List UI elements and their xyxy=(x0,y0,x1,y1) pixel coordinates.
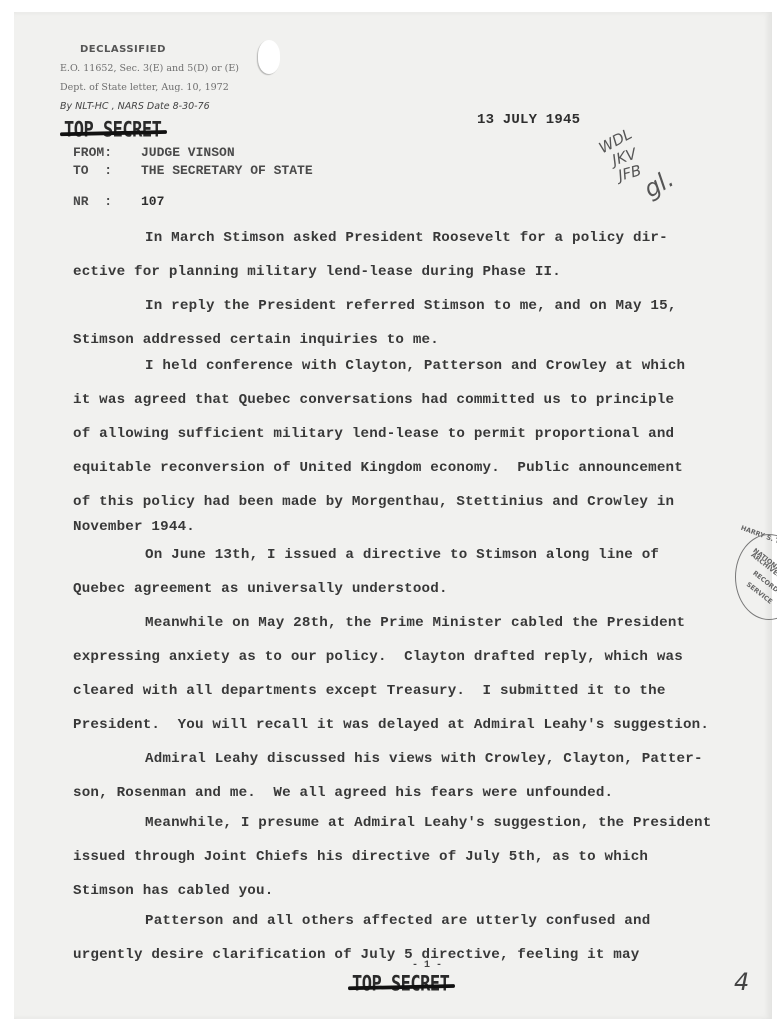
declassification-by-line: By NLT-HC , NARS Date 8-30-76 xyxy=(60,97,239,116)
nr-label: NR : xyxy=(73,194,112,209)
body-line: I held conference with Clayton, Patterso… xyxy=(145,358,685,374)
body-line: Meanwhile, I presume at Admiral Leahy's … xyxy=(145,815,711,831)
body-line: of this policy had been made by Morgenth… xyxy=(73,494,674,510)
body-line: urgently desire clarification of July 5 … xyxy=(73,947,639,963)
body-line: it was agreed that Quebec conversations … xyxy=(73,392,674,408)
initial-signature: gl. xyxy=(639,164,679,203)
handwritten-page-number: 4 xyxy=(734,968,749,996)
body-line: November 1944. xyxy=(73,519,195,535)
body-line: President. You will recall it was delaye… xyxy=(73,717,709,733)
body-line: ective for planning military lend-lease … xyxy=(73,264,561,280)
declassified-label: DECLASSIFIED xyxy=(60,40,239,59)
body-line: of allowing sufficient military lend-lea… xyxy=(73,426,674,442)
body-line: equitable reconversion of United Kingdom… xyxy=(73,460,683,476)
from-value: JUDGE VINSON xyxy=(141,145,235,160)
body-line: issued through Joint Chiefs his directiv… xyxy=(73,849,648,865)
declassification-letter: Dept. of State letter, Aug. 10, 1972 xyxy=(60,78,239,97)
nr-value: 107 xyxy=(141,194,164,209)
handwritten-initials: WDL JKV JFB gl. xyxy=(596,118,686,208)
body-line: Quebec agreement as universally understo… xyxy=(73,581,448,597)
declassification-authority: E.O. 11652, Sec. 3(E) and 5(D) or (E) xyxy=(60,59,239,78)
classification-bottom: TOP SECRET xyxy=(352,972,449,997)
declassification-stamp: DECLASSIFIED E.O. 11652, Sec. 3(E) and 5… xyxy=(60,40,239,116)
body-line: Patterson and all others affected are ut… xyxy=(145,913,650,929)
punch-hole xyxy=(258,40,280,74)
document-date: 13 JULY 1945 xyxy=(477,112,580,128)
body-line: Meanwhile on May 28th, the Prime Ministe… xyxy=(145,615,685,631)
body-line: expressing anxiety as to our policy. Cla… xyxy=(73,649,683,665)
body-line: son, Rosenman and me. We all agreed his … xyxy=(73,785,613,801)
body-line: cleared with all departments except Trea… xyxy=(73,683,666,699)
body-line: Stimson has cabled you. xyxy=(73,883,273,899)
classification-top: TOP SECRET xyxy=(64,118,161,143)
body-line: In March Stimson asked President Rooseve… xyxy=(145,230,668,246)
body-line: On June 13th, I issued a directive to St… xyxy=(145,547,659,563)
page-mark: - 1 - xyxy=(412,960,442,971)
body-line: In reply the President referred Stimson … xyxy=(145,298,677,314)
to-value: THE SECRETARY OF STATE xyxy=(141,163,313,178)
body-line: Admiral Leahy discussed his views with C… xyxy=(145,751,703,767)
to-label: TO : xyxy=(73,163,112,178)
from-label: FROM: xyxy=(73,145,112,160)
body-line: Stimson addressed certain inquiries to m… xyxy=(73,332,439,348)
